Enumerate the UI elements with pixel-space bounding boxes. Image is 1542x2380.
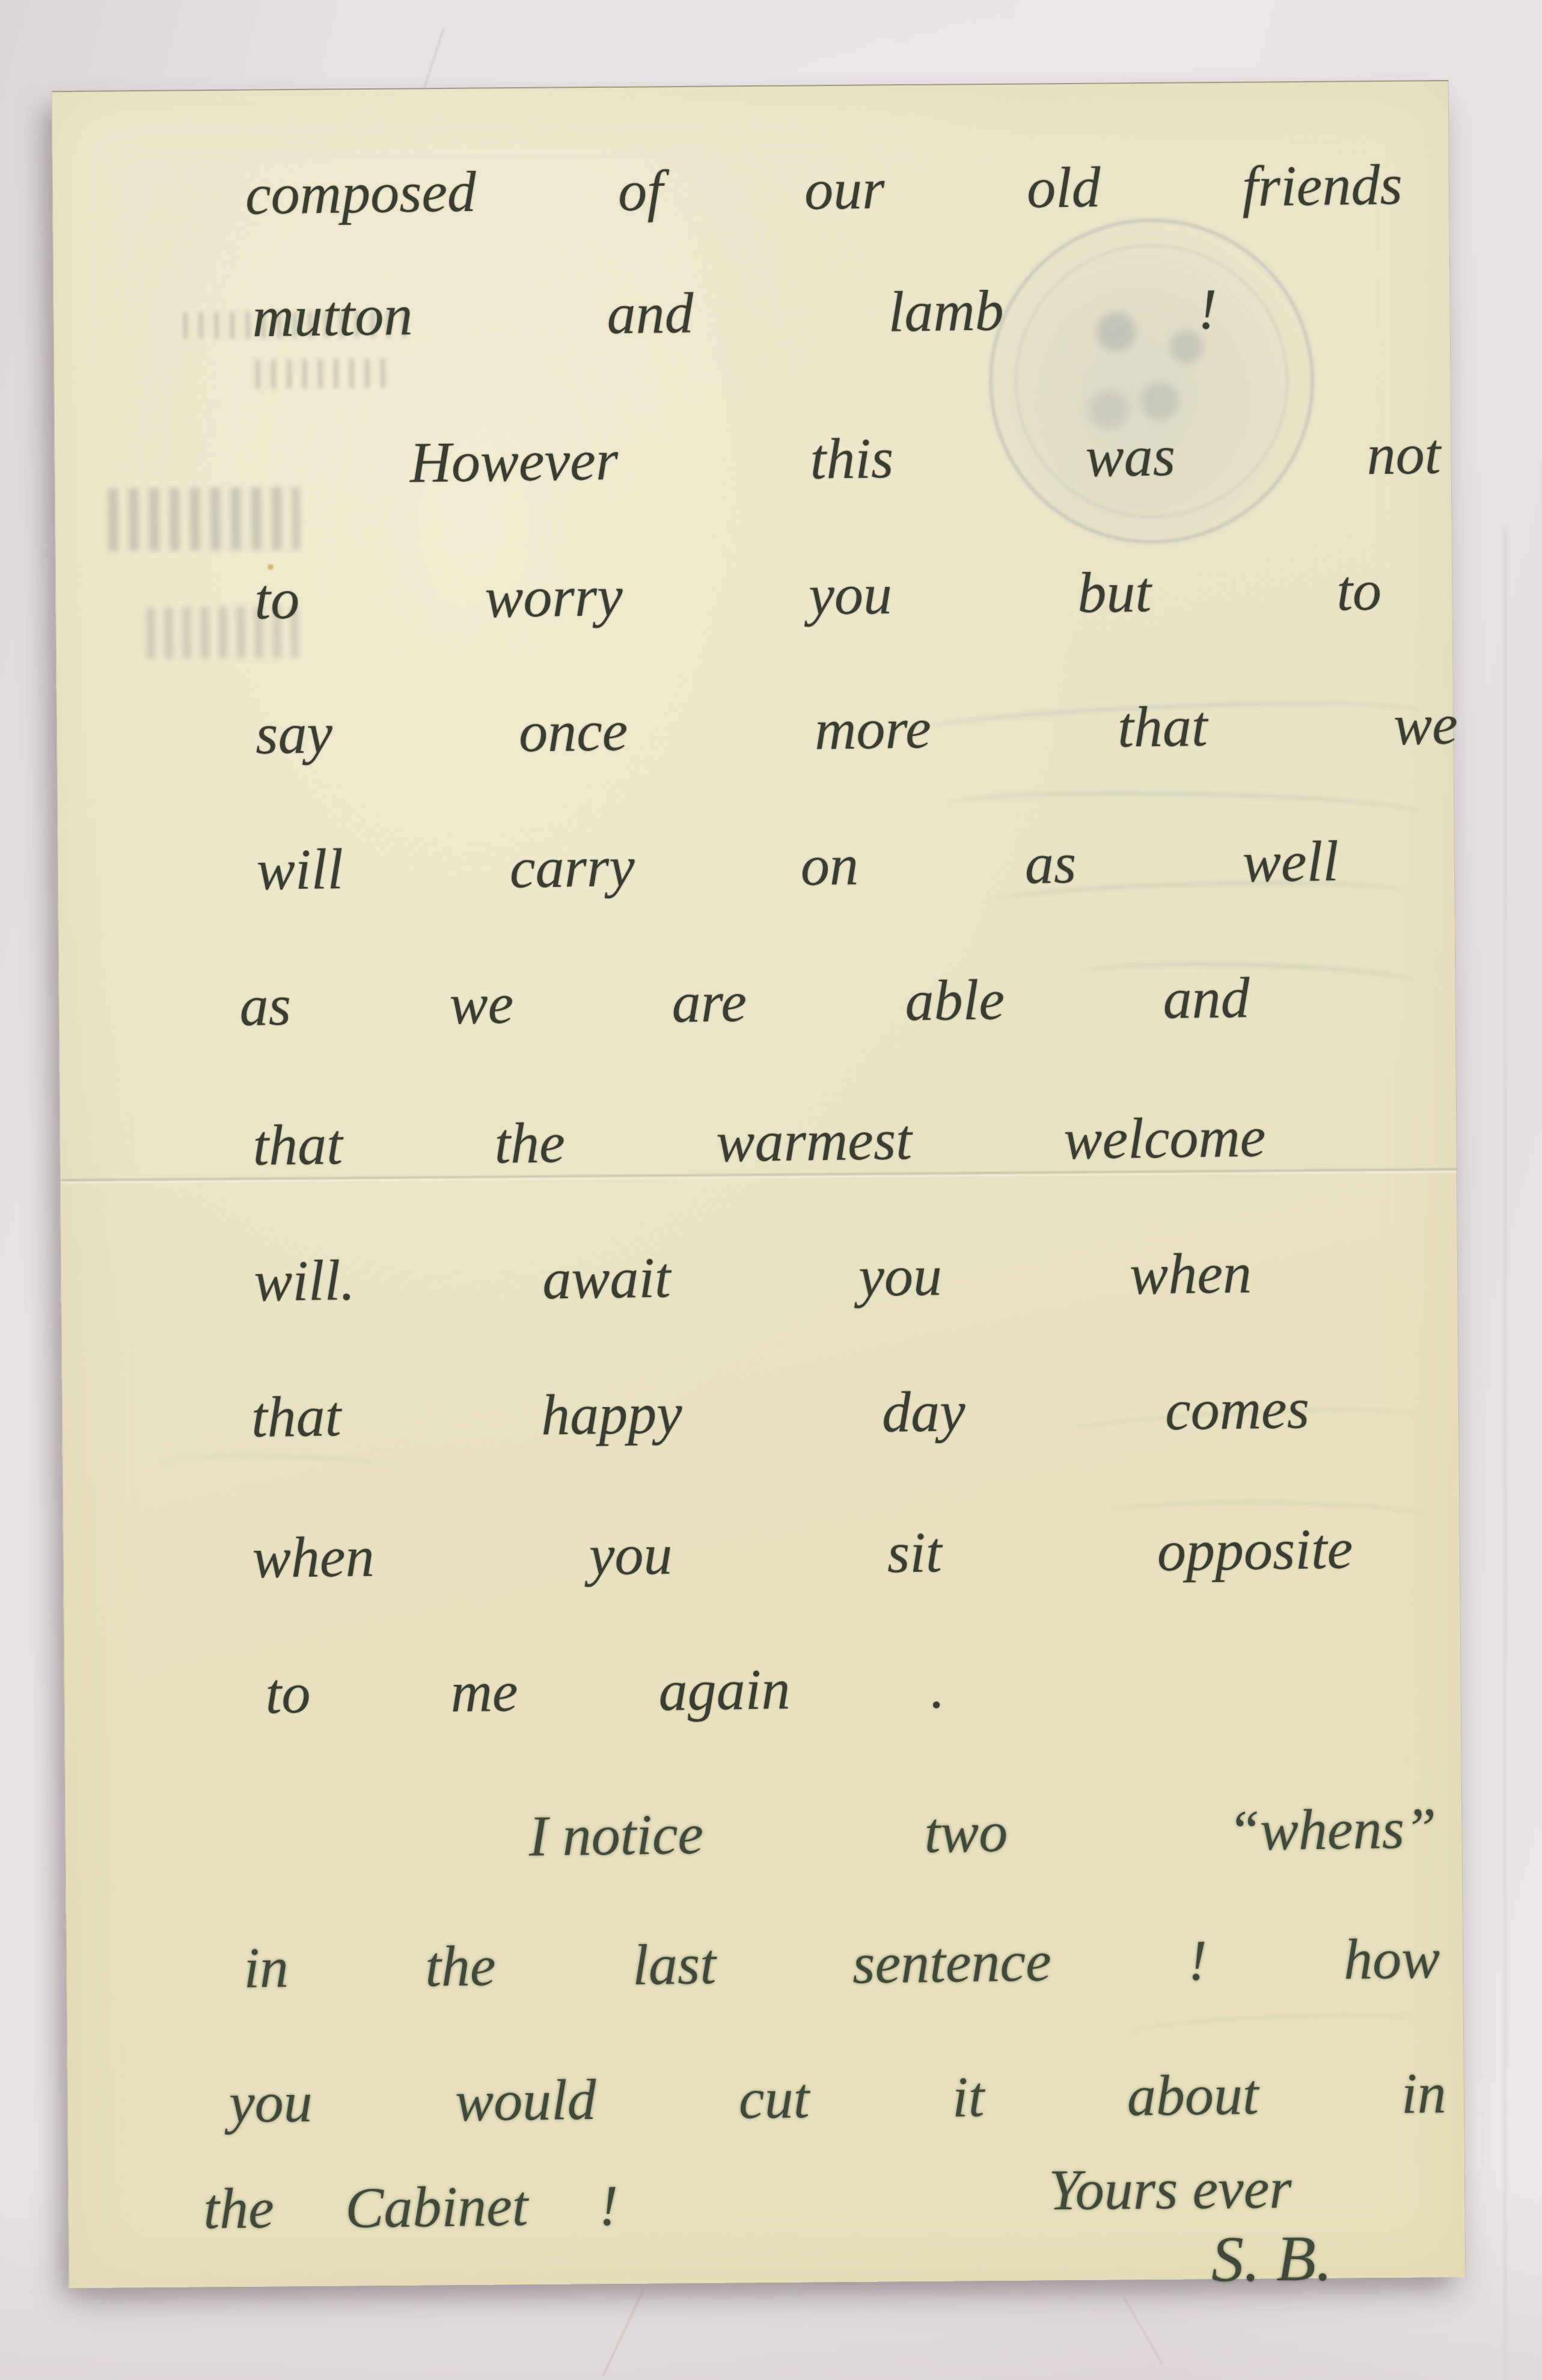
word: it bbox=[952, 2064, 985, 2129]
word: lamb bbox=[887, 278, 1003, 344]
ink-showthrough bbox=[1125, 2010, 1438, 2052]
word: two bbox=[923, 1799, 1008, 1865]
word: well bbox=[1242, 829, 1339, 895]
word: sentence bbox=[852, 1928, 1051, 1996]
word: the bbox=[494, 1110, 565, 1176]
signature-text: S. B. bbox=[1211, 2223, 1333, 2297]
valediction-text: Yours ever bbox=[1048, 2156, 1292, 2222]
word: in bbox=[243, 1935, 289, 2000]
word: able bbox=[905, 967, 1005, 1033]
word: say bbox=[255, 701, 332, 766]
letter-line: whenyousitopposite bbox=[252, 1517, 1353, 1590]
word: you bbox=[858, 1243, 943, 1308]
word: I notice bbox=[528, 1802, 704, 1868]
word: worry bbox=[485, 563, 623, 630]
word: of bbox=[617, 158, 663, 223]
word: welcome bbox=[1063, 1104, 1266, 1171]
word: this bbox=[810, 426, 894, 491]
word: me bbox=[450, 1659, 518, 1725]
word: was bbox=[1085, 423, 1176, 489]
word: we bbox=[449, 971, 514, 1037]
word: opposite bbox=[1157, 1516, 1353, 1583]
word: ! bbox=[1187, 1928, 1207, 1993]
letter-line: willcarryonaswell bbox=[256, 829, 1339, 902]
word: when bbox=[252, 1524, 375, 1590]
word: the bbox=[425, 1933, 497, 1999]
letter-line: Howeverthiswasnot bbox=[409, 422, 1441, 494]
word: that bbox=[1117, 694, 1208, 759]
word: will. bbox=[254, 1248, 355, 1314]
word: warmest bbox=[716, 1107, 913, 1174]
letter-line: theCabinet! bbox=[203, 2173, 619, 2241]
letter-line: asweareableand bbox=[239, 966, 1250, 1038]
word: on bbox=[800, 832, 858, 898]
word: However bbox=[409, 428, 619, 495]
word: the bbox=[203, 2176, 275, 2241]
word: cut bbox=[739, 2066, 810, 2131]
word: . bbox=[930, 1656, 945, 1721]
word: when bbox=[1130, 1241, 1252, 1307]
letter-paper: composedofouroldfriendsmuttonandlamb!How… bbox=[52, 80, 1466, 2288]
valediction: Yours ever bbox=[1048, 2155, 1446, 2222]
word: Cabinet bbox=[344, 2173, 528, 2240]
word: our bbox=[804, 156, 886, 222]
word: to bbox=[1336, 558, 1382, 623]
word: and bbox=[1163, 965, 1250, 1031]
word: but bbox=[1077, 560, 1151, 625]
backdrop-fold-line bbox=[1504, 529, 1506, 2380]
word: you bbox=[228, 2070, 313, 2135]
letter-line: thatthewarmestwelcome bbox=[252, 1105, 1266, 1177]
word: composed bbox=[245, 159, 476, 227]
word: happy bbox=[540, 1381, 682, 1447]
letterhead-showthrough bbox=[108, 487, 300, 551]
letter-line: I noticetwo“whens” bbox=[528, 1796, 1437, 1868]
word: day bbox=[881, 1379, 965, 1444]
word: “whens” bbox=[1228, 1796, 1437, 1863]
word: comes bbox=[1164, 1376, 1309, 1443]
embossed-seal-icon bbox=[988, 218, 1315, 545]
letter-line: composedofouroldfriends bbox=[245, 153, 1403, 227]
word: about bbox=[1127, 2062, 1259, 2128]
word: old bbox=[1026, 155, 1101, 220]
word: friends bbox=[1242, 152, 1403, 219]
word: in bbox=[1401, 2061, 1446, 2126]
word: ! bbox=[599, 2173, 619, 2238]
word: not bbox=[1366, 422, 1441, 487]
word: how bbox=[1343, 1926, 1440, 1992]
signature: S. B. bbox=[1211, 2222, 1440, 2296]
word: will bbox=[256, 836, 343, 902]
ink-showthrough bbox=[159, 1452, 412, 1488]
word: again bbox=[658, 1657, 791, 1723]
word: sit bbox=[887, 1520, 943, 1585]
word: and bbox=[607, 280, 694, 346]
word: once bbox=[519, 698, 629, 764]
ink-showthrough bbox=[947, 788, 1423, 832]
word: would bbox=[454, 2067, 596, 2134]
word: mutton bbox=[252, 283, 413, 349]
word: last bbox=[632, 1931, 716, 1997]
word: to bbox=[265, 1661, 311, 1726]
letterhead-showthrough bbox=[255, 359, 385, 389]
word: we bbox=[1394, 692, 1458, 758]
letter-line: toworryyoubutto bbox=[254, 558, 1382, 631]
word: as bbox=[239, 973, 292, 1038]
word: to bbox=[254, 566, 300, 631]
word: await bbox=[542, 1245, 672, 1311]
letter-line: muttonandlamb! bbox=[252, 277, 1217, 349]
word: more bbox=[814, 696, 931, 762]
letter-line: tomeagain. bbox=[265, 1656, 945, 1726]
word: that bbox=[251, 1384, 341, 1449]
word: you bbox=[808, 562, 892, 627]
word: are bbox=[672, 969, 747, 1035]
letter-line: inthelastsentence!how bbox=[243, 1926, 1440, 2000]
word: you bbox=[589, 1522, 673, 1587]
letter-line: thathappydaycomes bbox=[251, 1376, 1310, 1449]
letter-line: youwouldcutitaboutin bbox=[229, 2061, 1447, 2135]
letter-line: will.awaityouwhen bbox=[254, 1241, 1252, 1314]
word: that bbox=[252, 1112, 343, 1177]
word: ! bbox=[1198, 277, 1217, 342]
letter-line: sayoncemorethatwe bbox=[255, 692, 1458, 766]
word: as bbox=[1024, 831, 1077, 897]
word: carry bbox=[509, 834, 635, 900]
